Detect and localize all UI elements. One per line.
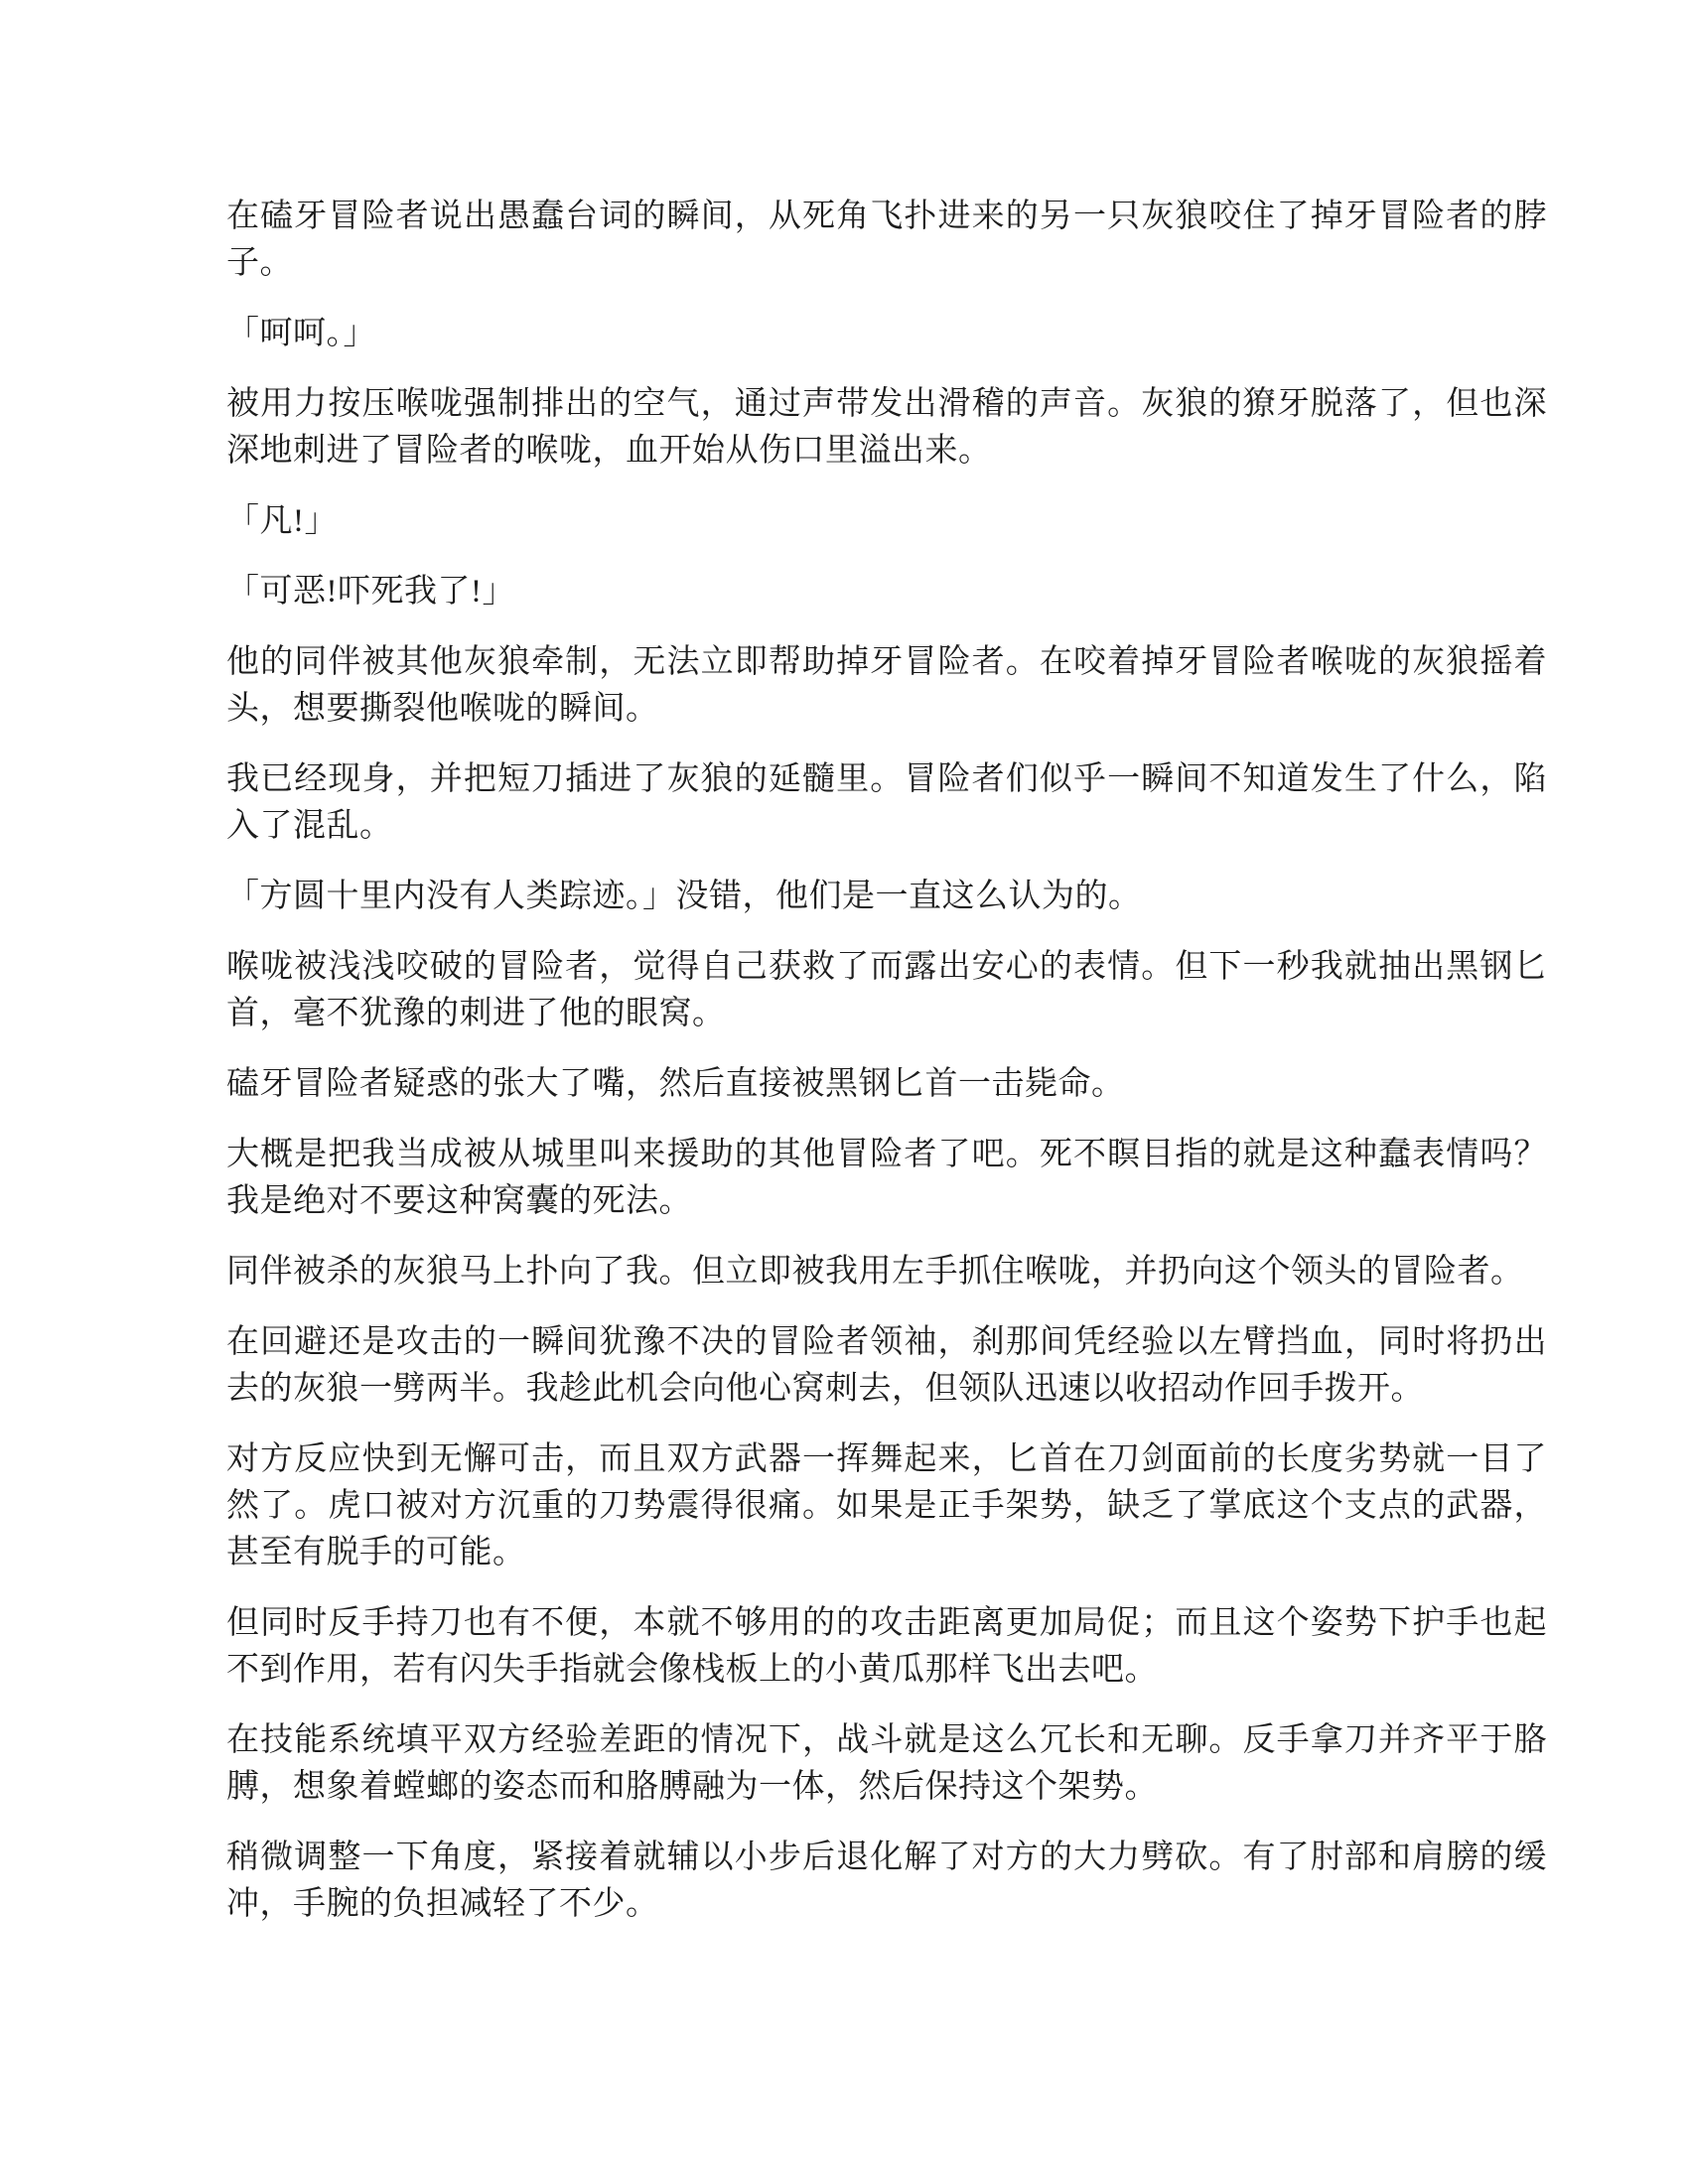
paragraph: 稍微调整一下角度，紧接着就辅以小步后退化解了对方的大力劈砍。有了肘部和肩膀的缓冲… [226,1835,1547,1928]
paragraph: 他的同伴被其他灰狼牵制，无法立即帮助掉牙冒险者。在咬着掉牙冒险者喉咙的灰狼摇着头… [226,639,1547,733]
paragraph: 喉咙被浅浅咬破的冒险者，觉得自己获救了而露出安心的表情。但下一秒我就抽出黑钢匕首… [226,944,1547,1037]
paragraph: 大概是把我当成被从城里叫来援助的其他冒险者了吧。死不瞑目指的就是这种蠢表情吗？我… [226,1132,1547,1225]
paragraph-dialogue: 「可恶!吓死我了!」 [226,569,1547,615]
paragraph: 我已经现身，并把短刀插进了灰狼的延髓里。冒险者们似乎一瞬间不知道发生了什么，陷入… [226,756,1547,850]
document-page: 在磕牙冒险者说出愚蠢台词的瞬间，从死角飞扑进来的另一只灰狼咬住了掉牙冒险者的脖子… [0,0,1688,2184]
paragraph-dialogue: 「方圆十里内没有人类踪迹。」没错，他们是一直这么认为的。 [226,874,1547,920]
paragraph: 磕牙冒险者疑惑的张大了嘴，然后直接被黑钢匕首一击毙命。 [226,1061,1547,1108]
paragraph: 在磕牙冒险者说出愚蠢台词的瞬间，从死角飞扑进来的另一只灰狼咬住了掉牙冒险者的脖子… [226,194,1547,287]
paragraph-dialogue: 「呵呵。」 [226,311,1547,357]
paragraph: 但同时反手持刀也有不便，本就不够用的的攻击距离更加局促；而且这个姿势下护手也起不… [226,1600,1547,1694]
paragraph: 在技能系统填平双方经验差距的情况下，战斗就是这么冗长和无聊。反手拿刀并齐平于胳膊… [226,1717,1547,1811]
paragraph: 被用力按压喉咙强制排出的空气，通过声带发出滑稽的声音。灰狼的獠牙脱落了，但也深深… [226,381,1547,475]
paragraph-dialogue: 「凡!」 [226,498,1547,545]
paragraph: 对方反应快到无懈可击，而且双方武器一挥舞起来，匕首在刀剑面前的长度劣势就一目了然… [226,1436,1547,1576]
paragraph: 在回避还是攻击的一瞬间犹豫不决的冒险者领袖，刹那间凭经验以左臂挡血，同时将扔出去… [226,1319,1547,1413]
paragraph: 同伴被杀的灰狼马上扑向了我。但立即被我用左手抓住喉咙，并扔向这个领头的冒险者。 [226,1249,1547,1296]
